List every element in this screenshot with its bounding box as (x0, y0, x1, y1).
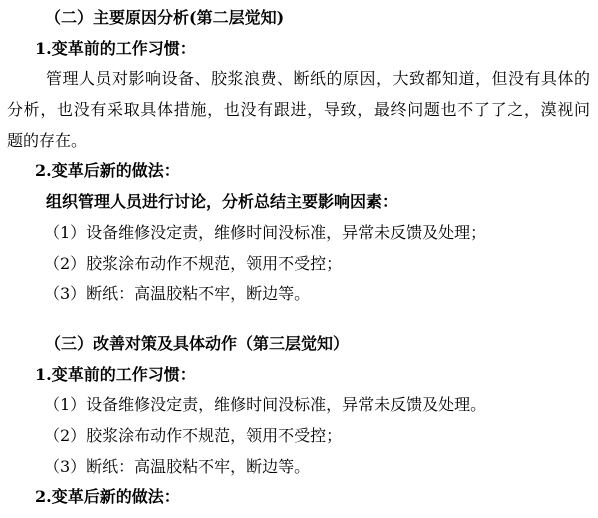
habit-item-1: （1）设备维修没定责，维修时间没标准，异常未反馈及处理。 (0, 390, 598, 421)
section-2-factors-intro: 组织管理人员进行讨论，分析总结主要影响因素： (0, 187, 598, 218)
section-3-after-heading: 2.变革后新的做法： (0, 482, 598, 513)
document-page: （二）主要原因分析(第二层觉知) 1.变革前的工作习惯： 管理人员对影响设备、胶… (0, 0, 598, 518)
section-3-before-heading: 1.变革前的工作习惯： (0, 360, 598, 391)
section-2-paragraph-line-3: 题的存在。 (0, 126, 598, 157)
section-2-paragraph-line-2: 分析，也没有采取具体措施，也没有跟进，导致，最终问题也不了了之，漠视问 (0, 95, 598, 126)
section-2-paragraph-line-1: 管理人员对影响设备、胶浆浪费、断纸的原因，大致都知道，但没有具体的 (0, 64, 598, 95)
section-2-title: （二）主要原因分析(第二层觉知) (0, 3, 598, 34)
section-2-before-heading: 1.变革前的工作习惯： (0, 34, 598, 65)
habit-item-2: （2）胶浆涂布动作不规范，领用不受控； (0, 421, 598, 452)
blank-line (0, 310, 598, 329)
section-3-title: （三）改善对策及具体动作（第三层觉知） (0, 329, 598, 360)
section-2-after-heading: 2.变革后新的做法： (0, 156, 598, 187)
habit-item-3: （3）断纸：高温胶粘不牢，断边等。 (0, 452, 598, 483)
factor-item-3: （3）断纸：高温胶粘不牢，断边等。 (0, 279, 598, 310)
factor-item-1: （1）设备维修没定责，维修时间没标准，异常未反馈及处理； (0, 218, 598, 249)
factor-item-2: （2）胶浆涂布动作不规范，领用不受控； (0, 249, 598, 280)
